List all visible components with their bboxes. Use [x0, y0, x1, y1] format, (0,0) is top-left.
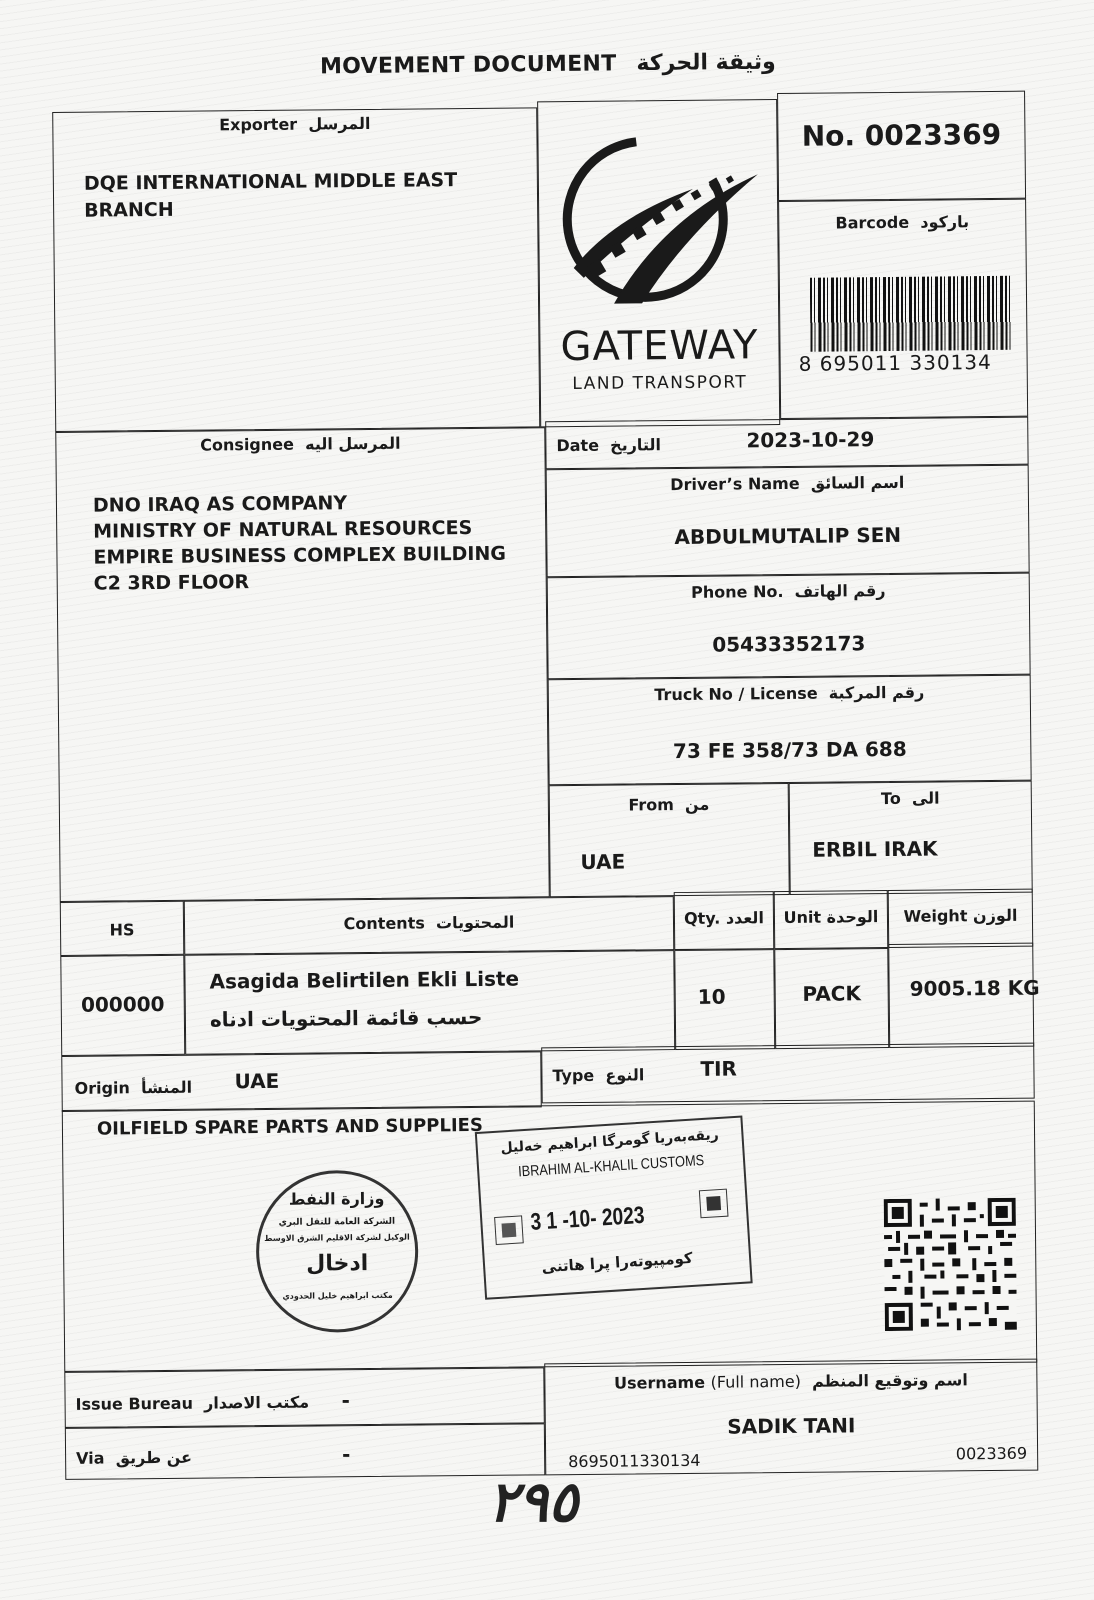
exporter-name: DQE INTERNATIONAL MIDDLE EAST BRANCH [84, 167, 458, 225]
contents-value-en: Asagida Belirtilen Ekli Liste [209, 967, 519, 994]
issue-bureau-value: - [341, 1388, 350, 1412]
customs-stamp-title: IBRAHIM AL-KHALIL CUSTOMS [499, 1151, 724, 1182]
weight-header-label: Weight الوزن [889, 906, 1032, 926]
driver-label-en: Driver’s Name [670, 474, 800, 494]
to-cell: To الى ERBIL IRAK [789, 781, 1033, 895]
username-label-ar: اسم وتوقيع المنظم [812, 1370, 968, 1390]
consignee-address: DNO IRAQ AS COMPANY MINISTRY OF NATURAL … [93, 489, 506, 597]
table-row-hs: 000000 [60, 955, 185, 1056]
via-label-en: Via [76, 1449, 105, 1468]
barcode-label-ar: باركود [920, 212, 969, 231]
document-number-value: 0023369 [865, 118, 1002, 152]
stamp-square-icon [699, 1189, 729, 1219]
footer-document-number: 0023369 [956, 1444, 1027, 1464]
document-number-label: No. [802, 119, 856, 153]
barcode-digits: 8 695011 330134 [799, 350, 992, 376]
via-value: - [342, 1442, 351, 1466]
goods-description: OILFIELD SPARE PARTS AND SUPPLIES [97, 1115, 483, 1140]
unit-header-ar: الوحدة [827, 907, 879, 926]
qty-value: 10 [698, 985, 726, 1009]
ministry-stamp: وزارة النفط الشركة العامة للنقل البري ال… [255, 1170, 419, 1334]
exporter-cell: Exporter المرسل DQE INTERNATIONAL MIDDLE… [52, 107, 540, 432]
type-label-ar: النوع [605, 1065, 644, 1084]
hs-value: 000000 [62, 992, 184, 1017]
phone-label-en: Phone No. [691, 582, 784, 602]
qty-header-label: Qty. العدد [675, 908, 773, 928]
consignee-line: C2 3RD FLOOR [94, 567, 507, 597]
truck-label-ar: رقم المركبة [829, 683, 925, 703]
barcode-label: Barcode باركود [779, 212, 1025, 233]
type-cell: Type النوع TIR [541, 1043, 1035, 1104]
issue-bureau-label-en: Issue Bureau [76, 1394, 194, 1414]
barcode-bars [810, 276, 1013, 352]
phone-label: Phone No. رقم الهاتف [548, 580, 1029, 604]
issue-bureau-label: Issue Bureau مكتب الاصدار [76, 1393, 310, 1414]
qty-header-ar: العدد [726, 908, 764, 927]
username-label-paren: (Full name) [711, 1372, 801, 1392]
weight-header: Weight الوزن [888, 889, 1034, 948]
table-row-contents: Asagida Belirtilen Ekli Liste حسب قائمة … [184, 950, 675, 1055]
truck-label-en: Truck No / License [654, 684, 817, 705]
truck-cell: Truck No / License رقم المركبة 73 FE 358… [548, 675, 1032, 786]
handwritten-mark: ٢٩٥ [488, 1470, 578, 1535]
date-value: 2023-10-29 [746, 427, 874, 452]
origin-value: UAE [234, 1069, 279, 1093]
from-label: From من [550, 794, 788, 815]
username-label: Username (Full name) اسم وتوقيع المنظم [545, 1370, 1036, 1394]
contents-header-label: Contents المحتويات [185, 911, 673, 935]
consignee-line: EMPIRE BUSINESS COMPLEX BUILDING [93, 541, 506, 571]
qty-header: Qty. العدد [674, 891, 775, 950]
issue-bureau-cell: Issue Bureau مكتب الاصدار - [64, 1367, 545, 1428]
document-number-cell: No. 0023369 [777, 91, 1026, 201]
truck-label: Truck No / License رقم المركبة [549, 682, 1030, 706]
truck-value: 73 FE 358/73 DA 688 [549, 736, 1030, 765]
phone-value: 05433352173 [548, 630, 1029, 659]
phone-label-ar: رقم الهاتف [795, 581, 886, 601]
to-value: ERBIL IRAK [812, 837, 938, 862]
footer-barcode-number: 8695011330134 [568, 1451, 701, 1471]
exporter-line: DQE INTERNATIONAL MIDDLE EAST [84, 167, 457, 198]
ministry-stamp-line2: الوكيل لشركة الاقليم الشرق الاوسط [259, 1233, 415, 1243]
road-circle-logo-icon [552, 126, 764, 308]
driver-cell: Driver’s Name اسم السائق ABDULMUTALIP SE… [546, 465, 1030, 578]
username-label-en: Username [614, 1373, 705, 1393]
qty-header-en: Qty. [684, 909, 720, 928]
consignee-label-ar: المرسل اليه [305, 434, 401, 454]
qr-code-icon [884, 1198, 1017, 1331]
document-number: No. 0023369 [778, 118, 1024, 153]
username-value: SADIK TANI [546, 1412, 1037, 1441]
customs-stamp-footer: كومپيوتەرا پرا هاتنى [485, 1245, 750, 1279]
table-row-unit: PACK [774, 948, 889, 1049]
barcode-cell: Barcode باركود 8 695011 330134 [778, 199, 1028, 419]
origin-label-en: Origin [74, 1078, 129, 1098]
customs-stamp: ريقەبەريا گومرگا ابراهيم خەليل IBRAHIM A… [475, 1116, 753, 1300]
unit-header-label: Unit الوحدة [775, 907, 887, 927]
to-label-ar: الى [912, 789, 940, 808]
contents-header: Contents المحتويات [184, 896, 674, 955]
date-cell: Date التاريخ 2023-10-29 [545, 417, 1028, 470]
consignee-cell: Consignee المرسل اليه DNO IRAQ AS COMPAN… [55, 427, 549, 902]
hs-header-label: HS [61, 920, 183, 940]
date-label-en: Date [556, 436, 599, 455]
weight-header-ar: الوزن [973, 906, 1018, 925]
description-area: OILFIELD SPARE PARTS AND SUPPLIES وزارة … [62, 1101, 1037, 1372]
from-cell: From من UAE [549, 783, 790, 897]
contents-value-ar: حسب قائمة المحتويات ادناه [210, 1005, 483, 1032]
weight-header-en: Weight [903, 906, 967, 926]
logo-cell: GATEWAY LAND TRANSPORT [537, 99, 780, 427]
weight-value: 9005.18 KG [910, 976, 1040, 1001]
form-grid: Exporter المرسل DQE INTERNATIONAL MIDDLE… [52, 82, 1057, 1491]
unit-value: PACK [776, 981, 888, 1006]
exporter-label-en: Exporter [219, 115, 297, 135]
barcode-label-en: Barcode [835, 213, 909, 233]
contents-header-ar: المحتويات [436, 913, 515, 933]
stamp-square-icon [494, 1215, 524, 1245]
date-label-ar: التاريخ [610, 435, 661, 454]
username-cell: Username (Full name) اسم وتوقيع المنظم S… [544, 1359, 1038, 1476]
consignee-label-en: Consignee [200, 435, 294, 455]
type-label-en: Type [552, 1066, 594, 1085]
consignee-line: DNO IRAQ AS COMPANY [93, 489, 506, 519]
hs-header: HS [60, 901, 185, 956]
title-en: MOVEMENT DOCUMENT [320, 51, 617, 79]
to-label-en: To [881, 789, 901, 808]
exporter-line: BRANCH [84, 194, 457, 225]
table-row-qty: 10 [674, 949, 775, 1050]
phone-cell: Phone No. رقم الهاتف 05433352173 [547, 573, 1031, 680]
ministry-stamp-bottom: مكتب ابراهيم خليل الحدودي [260, 1291, 416, 1301]
from-label-en: From [628, 795, 674, 814]
type-value: TIR [700, 1056, 737, 1080]
origin-label: Origin المنشأ [74, 1078, 192, 1098]
logo-name: GATEWAY [540, 322, 778, 370]
logo-subtitle: LAND TRANSPORT [541, 372, 779, 394]
ministry-stamp-line1: الشركة العامة للنقل البري [259, 1217, 415, 1228]
issue-bureau-label-ar: مكتب الاصدار [204, 1393, 309, 1413]
date-label: Date التاريخ [556, 435, 661, 455]
contents-header-en: Contents [344, 913, 425, 933]
via-cell: Via عن طريق - [65, 1423, 545, 1480]
origin-label-ar: المنشأ [141, 1078, 192, 1097]
type-label: Type النوع [552, 1065, 644, 1085]
origin-cell: Origin المنشأ UAE [61, 1051, 542, 1112]
ministry-stamp-top: وزارة النفط [259, 1189, 415, 1209]
exporter-label: Exporter المرسل [53, 112, 536, 136]
unit-header: Unit الوحدة [774, 890, 889, 949]
via-label-ar: عن طريق [116, 1448, 193, 1468]
title-ar: وثيقة الحركة [636, 50, 775, 76]
consignee-label: Consignee المرسل اليه [56, 432, 544, 456]
driver-label: Driver’s Name اسم السائق [547, 472, 1028, 496]
movement-document-page: MOVEMENT DOCUMENT وثيقة الحركة Exporter … [0, 0, 1094, 1600]
via-label: Via عن طريق [76, 1448, 192, 1468]
driver-name: ABDULMUTALIP SEN [547, 522, 1028, 551]
from-value: UAE [580, 850, 625, 874]
customs-stamp-date: 3 1 -10- 2023 [530, 1202, 646, 1237]
consignee-line: MINISTRY OF NATURAL RESOURCES [93, 515, 506, 545]
from-label-ar: من [685, 795, 709, 814]
exporter-label-ar: المرسل [308, 114, 370, 134]
document-title: MOVEMENT DOCUMENT وثيقة الحركة [320, 50, 780, 80]
unit-header-en: Unit [783, 908, 821, 927]
to-label: To الى [790, 788, 1031, 809]
table-row-weight: 9005.18 KG [888, 943, 1034, 1048]
ministry-stamp-center: ادخال [259, 1251, 415, 1277]
driver-label-ar: اسم السائق [811, 473, 905, 493]
